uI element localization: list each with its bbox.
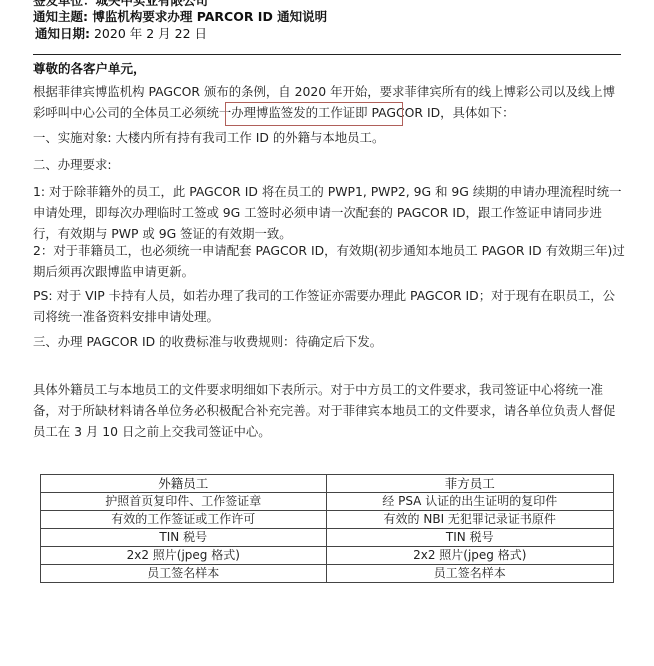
table-cell: 有效的 NBI 无犯罪记录证书原件 (326, 511, 614, 529)
date-label: 通知日期: (35, 26, 90, 41)
section-requirements-heading: 二、办理要求: (33, 154, 625, 175)
table-row: 护照首页复印件、工作签证章 经 PSA 认证的出生证明的复印件 (41, 493, 614, 511)
table-row: 员工签名样本 员工签名样本 (41, 565, 614, 583)
table-cell: 有效的工作签证或工作许可 (41, 511, 327, 529)
table-cell: 员工签名样本 (326, 565, 614, 583)
table-row: 2x2 照片(jpeg 格式) 2x2 照片(jpeg 格式) (41, 547, 614, 565)
table-cell: TIN 税号 (326, 529, 614, 547)
salutation: 尊敬的各客户单元， (33, 58, 625, 79)
table-row: 有效的工作签证或工作许可 有效的 NBI 无犯罪记录证书原件 (41, 511, 614, 529)
highlight-box (225, 102, 403, 126)
documents-table: 外籍员工 菲方员工 护照首页复印件、工作签证章 经 PSA 认证的出生证明的复印… (40, 474, 614, 583)
table-cell: 2x2 照片(jpeg 格式) (41, 547, 327, 565)
header-divider (33, 54, 621, 55)
table-cell: TIN 税号 (41, 529, 327, 547)
date-value: 2020 年 2 月 22 日 (94, 26, 207, 41)
documents-note: 具体外籍员工与本地员工的文件要求明细如下表所示。对于中方员工的文件要求，我司签证… (33, 379, 625, 442)
notice-date: 通知日期: 2020 年 2 月 22 日 (35, 24, 207, 42)
requirement-ps: PS: 对于 VIP 卡持有人员，如若办理了我司的工作签证亦需要办理此 PAGC… (33, 285, 625, 327)
table-cell: 护照首页复印件、工作签证章 (41, 493, 327, 511)
column-header-filipino: 菲方员工 (326, 475, 614, 493)
table-cell: 经 PSA 认证的出生证明的复印件 (326, 493, 614, 511)
table-header-row: 外籍员工 菲方员工 (41, 475, 614, 493)
table-cell: 员工签名样本 (41, 565, 327, 583)
requirement-item-2: 2：对于菲籍员工，也必须统一申请配套 PAGCOR ID，有效期(初步通知本地员… (33, 240, 625, 282)
table-cell: 2x2 照片(jpeg 格式) (326, 547, 614, 565)
section-scope: 一、实施对象: 大楼内所有持有我司工作 ID 的外籍与本地员工。 (33, 127, 625, 148)
section-fees: 三、办理 PAGCOR ID 的收费标准与收费规则：待确定后下发。 (33, 331, 625, 352)
table-row: TIN 税号 TIN 税号 (41, 529, 614, 547)
requirement-item-1: 1: 对于除菲籍外的员工，此 PAGCOR ID 将在员工的 PWP1, PWP… (33, 181, 625, 244)
subject-label: 通知主题: (33, 9, 88, 24)
notice-subject: 通知主题: 博监机构要求办理 PARCOR ID 通知说明 (33, 7, 327, 25)
column-header-foreign: 外籍员工 (41, 475, 327, 493)
subject-value: 博监机构要求办理 PARCOR ID 通知说明 (92, 9, 327, 24)
